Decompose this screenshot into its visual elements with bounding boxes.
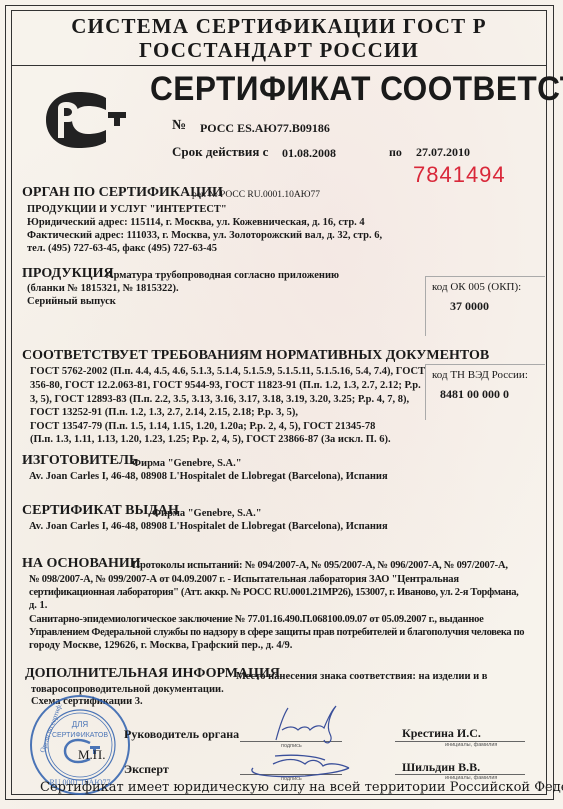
system-title-line1: СИСТЕМА СЕРТИФИКАЦИИ ГОСТ Р xyxy=(11,14,547,39)
validity-label: Срок действия с xyxy=(172,144,268,160)
svg-text:ДЛЯ: ДЛЯ xyxy=(72,720,89,729)
number-label: № xyxy=(172,118,186,134)
expert-signature-icon xyxy=(245,750,355,780)
svg-text:Орган по сертиф.: Орган по сертиф. xyxy=(38,702,63,754)
certification-body-name: ПРОДУКЦИИ И УСЛУГ "ИНТЕРТЕСТ" xyxy=(27,204,227,215)
issued-to-name: Фирма "Genebre, S.A." xyxy=(152,508,262,519)
basis-line7: городу Москве, 129626, г. Москва, Графск… xyxy=(29,640,292,651)
product-line2: (бланки № 1815321, № 1815322). xyxy=(27,283,179,294)
tnved-label: код ТН ВЭД России: xyxy=(432,369,545,381)
basis-line6: Управлением Федеральной службы по надзор… xyxy=(29,627,524,638)
basis-line5: Санитарно-эпидемиологическое заключение … xyxy=(29,614,484,625)
manufacturer-address: Av. Joan Carles I, 46-48, 08908 L'Hospit… xyxy=(29,471,388,482)
valid-from-date: 01.08.2008 xyxy=(282,146,336,161)
to-label: по xyxy=(389,145,402,160)
head-signature-icon xyxy=(270,700,340,750)
expert-name: Шильдин В.В. xyxy=(402,760,480,775)
product-label: ПРОДУКЦИЯ xyxy=(22,266,114,282)
okp-code-box: код ОК 005 (ОКП): 37 0000 xyxy=(425,276,545,336)
header-divider xyxy=(11,65,547,66)
standards-line: 3, 5), ГОСТ 12893-83 (П.п. 2.2, 3.5, 3.1… xyxy=(30,394,409,405)
manufacturer-name: Фирма "Genebre, S.A." xyxy=(132,458,242,469)
basis-line2: № 098/2007-А, № 099/2007-А от 04.09.2007… xyxy=(29,574,459,585)
svg-text:СЕРТИФИКАТОВ: СЕРТИФИКАТОВ xyxy=(52,732,108,739)
system-title-line2: ГОССТАНДАРТ РОССИИ xyxy=(11,38,547,63)
standards-label: СООТВЕТСТВУЕТ ТРЕБОВАНИЯМ НОРМАТИВНЫХ ДО… xyxy=(22,348,489,364)
manufacturer-label: ИЗГОТОВИТЕЛЬ xyxy=(22,453,138,469)
basis-line4: д. 1. xyxy=(29,600,47,611)
standards-line: (П.п. 1.3, 1.11, 1.13, 1.20, 1.23, 1.25;… xyxy=(30,434,391,445)
standards-line: ГОСТ 5762-2002 (П.п. 4.4, 4.5, 4.6, 5.1.… xyxy=(30,366,425,377)
certification-body-reg: рег. № РОСС RU.0001.10АЮ77 xyxy=(192,190,320,200)
product-line1: Арматура трубопроводная согласно приложе… xyxy=(106,270,339,281)
okp-label: код ОК 005 (ОКП): xyxy=(432,281,545,293)
serial-number: 7841494 xyxy=(413,162,506,188)
certificate-number: РОСС ES.АЮ77.В09186 xyxy=(200,121,330,136)
standards-line: ГОСТ 13547-79 (П.п. 1.5, 1.14, 1.15, 1.2… xyxy=(30,421,375,432)
legal-address: Юридический адрес: 115114, г. Москва, ул… xyxy=(27,217,365,228)
okp-value: 37 0000 xyxy=(450,299,545,314)
actual-address: Фактический адрес: 111033, г. Москва, ул… xyxy=(27,230,382,241)
valid-to-date: 27.07.2010 xyxy=(416,145,470,160)
legal-force-note: Сертификат имеет юридическую силу на все… xyxy=(40,780,563,795)
certificate-title: СЕРТИФИКАТ СООТВЕТСТВИЯ xyxy=(150,70,563,109)
expert-label: Эксперт xyxy=(124,762,169,777)
standards-line: 356-80, ГОСТ 12.2.063-81, ГОСТ 9544-93, … xyxy=(30,380,421,391)
head-name-caption: инициалы, фамилия xyxy=(445,742,497,748)
additional-line1: Место нанесения знака соответствия: на и… xyxy=(236,671,487,682)
basis-line3: сертификационная лаборатория" (Атт. аккр… xyxy=(29,587,518,598)
seal-place-label: М.П. xyxy=(78,747,105,763)
basis-line1: Протоколы испытаний: № 094/2007-А, № 095… xyxy=(132,560,508,571)
head-label: Руководитель органа xyxy=(124,727,239,742)
standards-line: ГОСТ 13252-91 (П.п. 1.2, 1.3, 2.7, 2.14,… xyxy=(30,407,298,418)
rst-mark-icon xyxy=(46,92,126,148)
basis-label: НА ОСНОВАНИИ xyxy=(22,556,141,572)
tnved-value: 8481 00 000 0 xyxy=(440,387,545,402)
phone-fax: тел. (495) 727-63-45, факс (495) 727-63-… xyxy=(27,243,217,254)
issued-to-address: Av. Joan Carles I, 46-48, 08908 L'Hospit… xyxy=(29,521,388,532)
product-line3: Серийный выпуск xyxy=(27,296,116,307)
head-name: Крестина И.С. xyxy=(402,726,481,741)
tnved-code-box: код ТН ВЭД России: 8481 00 000 0 xyxy=(425,364,545,420)
